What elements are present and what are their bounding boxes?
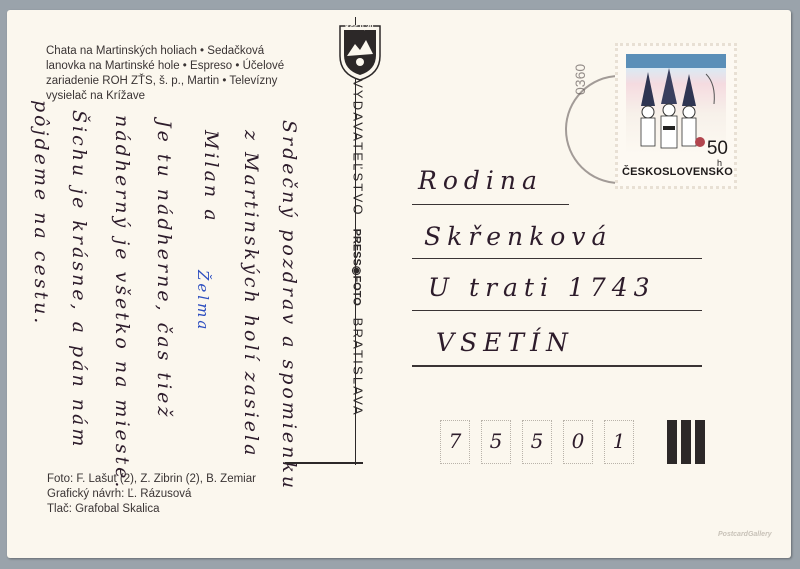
message-signature: Želma	[194, 270, 212, 332]
postal-code-box: 5	[522, 420, 552, 464]
postal-code-box: 1	[604, 420, 634, 464]
address-line-2: Skřenková	[424, 222, 612, 251]
address-rule	[412, 310, 702, 311]
message-line: z Martinských holí zasiela	[240, 130, 262, 458]
stamp-country: ČESKOSLOVENSKO	[622, 166, 733, 178]
address-line-3: U trati 1743	[428, 273, 656, 302]
divider-foot	[285, 462, 363, 464]
emblem-price: Kčs 0,20	[345, 24, 373, 31]
postal-code-bars-icon	[667, 420, 705, 464]
tourism-emblem-icon	[335, 22, 385, 82]
address-rule	[412, 258, 702, 259]
watermark: PostcardGallery	[718, 531, 772, 538]
publisher-brand-logo: PRESS◉FOTO	[351, 229, 363, 306]
address-rule	[412, 365, 702, 367]
caption-line: zariadenie ROH ZŤS, š. p., Martin • Tele…	[46, 74, 336, 89]
address-rule	[412, 204, 569, 205]
message-line: nádherný je všetko na mieste.	[111, 115, 133, 490]
caption-line: vysielač na Krížave	[46, 89, 336, 104]
address-line-4: VSETÍN	[436, 328, 574, 357]
caption-line: lanovka na Martinské hole • Espreso • Úč…	[46, 59, 336, 74]
message-line: pôjdeme na cestu.	[30, 100, 52, 326]
publisher-imprint: VYDAVATEĽSTVO PRESS◉FOTO BRATISLAVA	[343, 92, 373, 404]
stamp-value: 50	[707, 138, 728, 160]
caption-line: Chata na Martinských holiach • Sedačková	[46, 44, 336, 59]
postmark-text: 0360	[572, 64, 588, 95]
postage-stamp: 50 h ČESKOSLOVENSKO	[615, 43, 737, 189]
message-line: Šichu je krásne, a pán nám	[68, 110, 90, 449]
postal-code-box: 0	[563, 420, 593, 464]
postal-code-box: 7	[440, 420, 470, 464]
publisher-city: BRATISLAVA	[351, 318, 366, 417]
postal-code-box: 5	[481, 420, 511, 464]
publisher-prefix: VYDAVATEĽSTVO	[351, 79, 366, 217]
address-line-1: Rodina	[418, 166, 543, 195]
message-line: Milan a	[200, 130, 222, 224]
message-line: Je tu nádherne, čas tiež	[153, 120, 175, 419]
printer-credit: Tlač: Grafobal Skalica	[47, 502, 337, 517]
photo-caption: Chata na Martinských holiach • Sedačková…	[46, 44, 336, 104]
message-line: Srdečný pozdrav a spomienku	[278, 120, 300, 491]
